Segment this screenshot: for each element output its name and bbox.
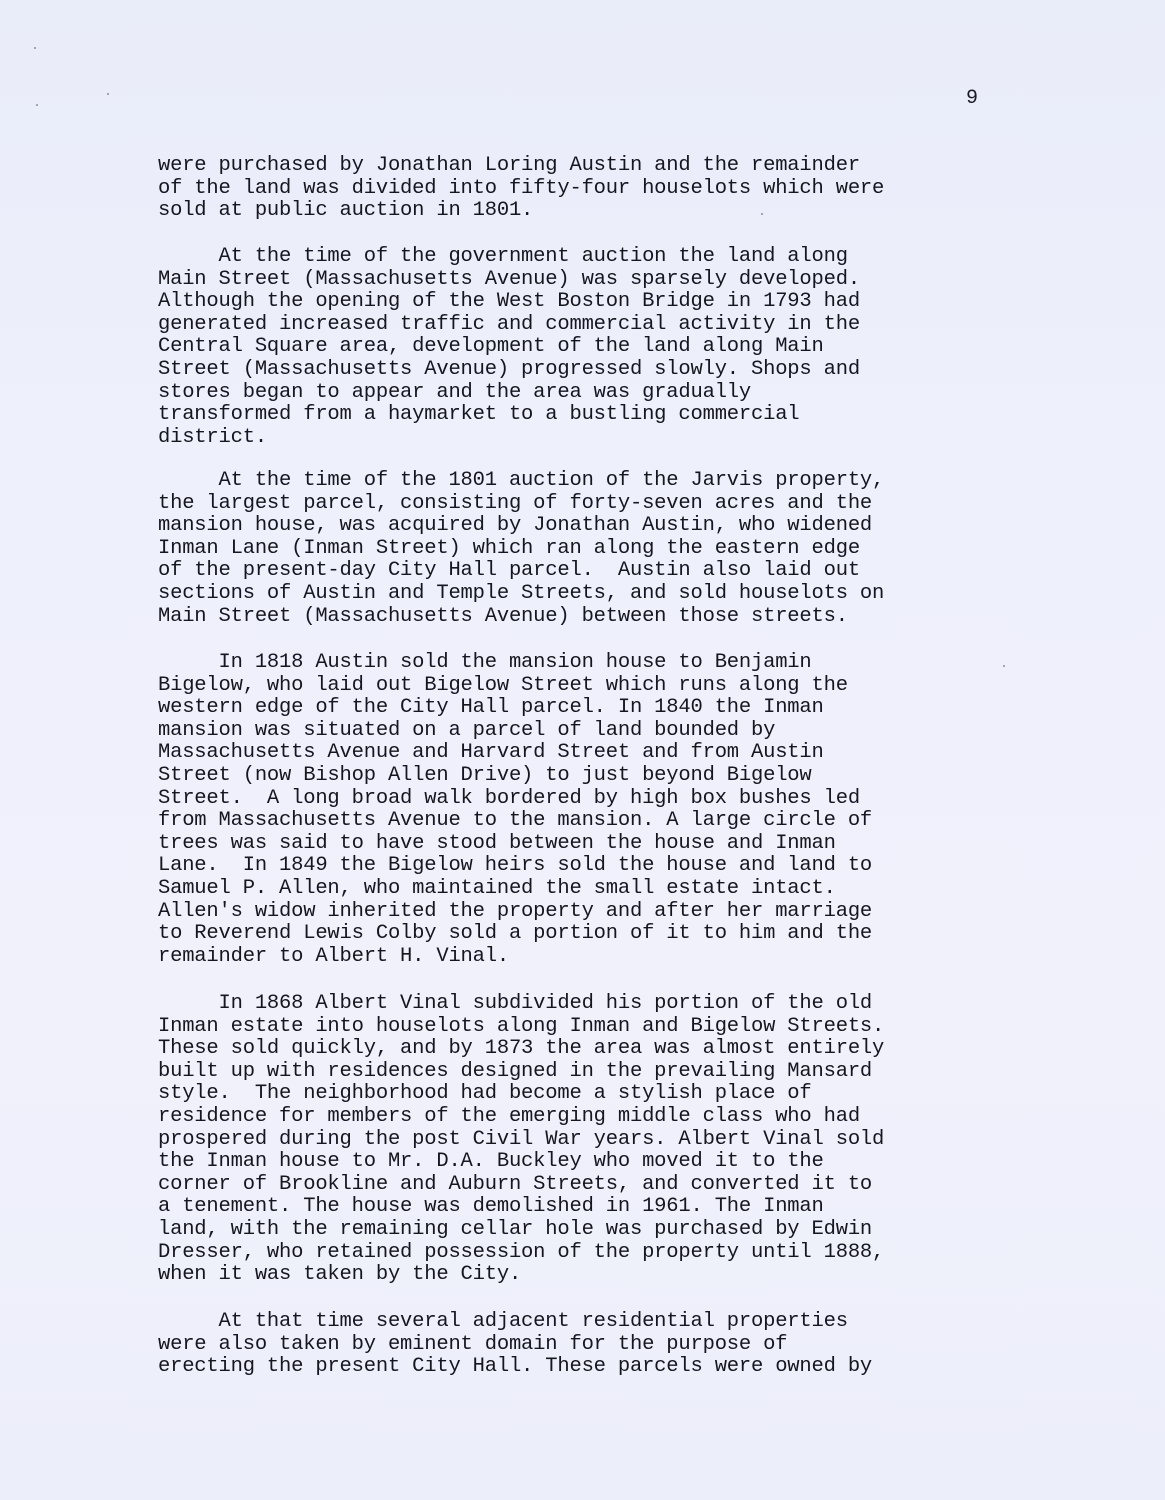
- text-line: from Massachusetts Avenue to the mansion…: [158, 810, 872, 833]
- text-line: transformed from a haymarket to a bustli…: [158, 404, 860, 427]
- text-line: Main Street (Massachusetts Avenue) was s…: [158, 269, 860, 292]
- scan-speck: [1003, 665, 1005, 667]
- text-line: Street (Massachusetts Avenue) progressed…: [158, 359, 860, 382]
- text-line: Massachusetts Avenue and Harvard Street …: [158, 742, 872, 765]
- text-line: Central Square area, development of the …: [158, 336, 860, 359]
- text-line: Dresser, who retained possession of the …: [158, 1242, 884, 1265]
- text-line: At the time of the 1801 auction of the J…: [158, 470, 884, 493]
- text-line: Inman estate into houselots along Inman …: [158, 1016, 884, 1039]
- text-line: stores began to appear and the area was …: [158, 382, 860, 405]
- text-line: generated increased traffic and commerci…: [158, 314, 860, 337]
- paragraph-6: At that time several adjacent residentia…: [158, 1311, 872, 1379]
- text-line: At the time of the government auction th…: [158, 246, 860, 269]
- text-line: land, with the remaining cellar hole was…: [158, 1219, 884, 1242]
- text-line: western edge of the City Hall parcel. In…: [158, 697, 872, 720]
- text-line: erecting the present City Hall. These pa…: [158, 1356, 872, 1379]
- text-line: style. The neighborhood had become a sty…: [158, 1083, 884, 1106]
- text-line: district.: [158, 427, 860, 450]
- text-line: remainder to Albert H. Vinal.: [158, 946, 872, 969]
- text-line: mansion house, was acquired by Jonathan …: [158, 515, 884, 538]
- text-line: residence for members of the emerging mi…: [158, 1106, 884, 1129]
- text-line: In 1868 Albert Vinal subdivided his port…: [158, 993, 884, 1016]
- text-line: corner of Brookline and Auburn Streets, …: [158, 1174, 884, 1197]
- paragraph-2: At the time of the government auction th…: [158, 246, 860, 449]
- text-line: Samuel P. Allen, who maintained the smal…: [158, 878, 872, 901]
- text-line: of the land was divided into fifty-four …: [158, 178, 884, 201]
- text-line: mansion was situated on a parcel of land…: [158, 720, 872, 743]
- text-line: prospered during the post Civil War year…: [158, 1129, 884, 1152]
- text-line: Bigelow, who laid out Bigelow Street whi…: [158, 675, 872, 698]
- text-line: Street. A long broad walk bordered by hi…: [158, 788, 872, 811]
- paragraph-4: In 1818 Austin sold the mansion house to…: [158, 652, 872, 968]
- text-line: of the present-day City Hall parcel. Aus…: [158, 560, 884, 583]
- text-line: sections of Austin and Temple Streets, a…: [158, 583, 884, 606]
- document-page: 9 were purchased by Jonathan Loring Aust…: [0, 0, 1165, 1500]
- text-line: built up with residences designed in the…: [158, 1061, 884, 1084]
- text-line: Inman Lane (Inman Street) which ran alon…: [158, 538, 884, 561]
- text-line: were purchased by Jonathan Loring Austin…: [158, 155, 884, 178]
- text-line: Street (now Bishop Allen Drive) to just …: [158, 765, 872, 788]
- text-line: Although the opening of the West Boston …: [158, 291, 860, 314]
- text-line: These sold quickly, and by 1873 the area…: [158, 1038, 884, 1061]
- text-line: to Reverend Lewis Colby sold a portion o…: [158, 923, 872, 946]
- text-line: the largest parcel, consisting of forty-…: [158, 493, 884, 516]
- paragraph-3: At the time of the 1801 auction of the J…: [158, 470, 884, 628]
- text-line: Lane. In 1849 the Bigelow heirs sold the…: [158, 855, 872, 878]
- page-number: 9: [966, 87, 978, 110]
- text-line: a tenement. The house was demolished in …: [158, 1196, 884, 1219]
- scan-speck: [34, 47, 36, 49]
- text-line: In 1818 Austin sold the mansion house to…: [158, 652, 872, 675]
- text-line: Allen's widow inherited the property and…: [158, 901, 872, 924]
- text-line: were also taken by eminent domain for th…: [158, 1334, 872, 1357]
- text-line: when it was taken by the City.: [158, 1264, 884, 1287]
- paragraph-1: were purchased by Jonathan Loring Austin…: [158, 155, 884, 223]
- text-line: At that time several adjacent residentia…: [158, 1311, 872, 1334]
- text-line: sold at public auction in 1801.: [158, 200, 884, 223]
- text-line: trees was said to have stood between the…: [158, 833, 872, 856]
- scan-speck: [107, 93, 109, 95]
- text-line: Main Street (Massachusetts Avenue) betwe…: [158, 606, 884, 629]
- text-line: the Inman house to Mr. D.A. Buckley who …: [158, 1151, 884, 1174]
- paragraph-5: In 1868 Albert Vinal subdivided his port…: [158, 993, 884, 1287]
- scan-speck: [36, 104, 38, 106]
